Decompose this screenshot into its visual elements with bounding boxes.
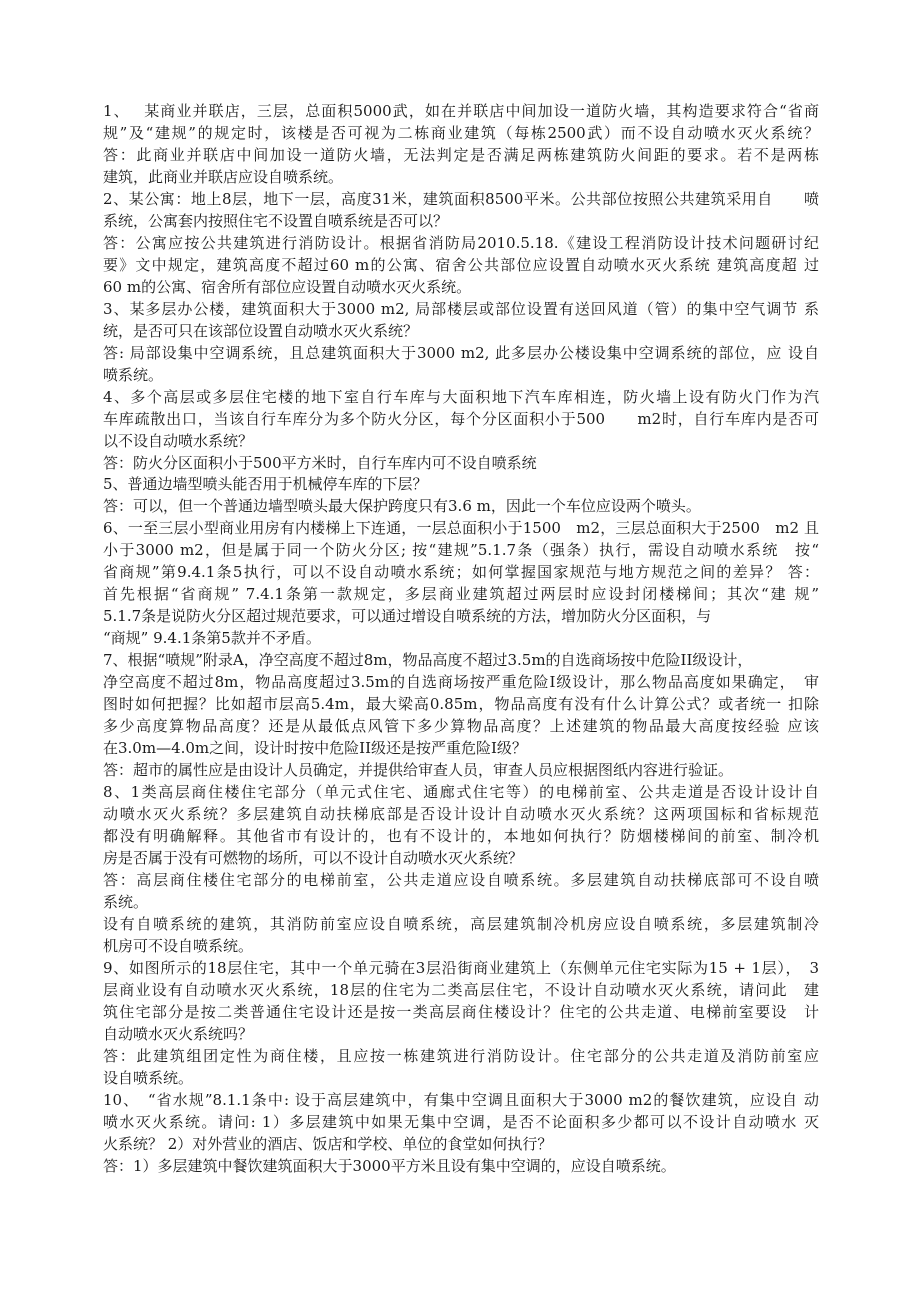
text-line: 答：1）多层建筑中餐饮建筑面积大于3000平方米且设有集中空调的，应设自喷系统。 [103,1156,819,1178]
text-line: 统，是否可只在该部位设置自动喷水灭火系统？ [103,321,819,343]
text-line: 要》文中规定，建筑高度不超过60 m的公寓、宿舍公共部位应设置自动喷水灭火系统 … [103,255,819,277]
text-line: 答：超市的属性应是由设计人员确定，并提供给审查人员，审查人员应根据图纸内容进行验… [103,760,819,782]
text-line: 答: 局部设集中空调系统，且总建筑面积大于3000 m2, 此多层办公楼设集中空… [103,343,819,365]
text-line: 机房可不设自喷系统。 [103,936,819,958]
text-line: 首先根据“省商规” 7.4.1条第一款规定，多层商业建筑超过两层时应设封闭楼梯间… [103,584,819,606]
text-line: 7、根据“喷规”附录A，净空高度不超过8m，物品高度不超过3.5m的自选商场按中… [103,650,819,672]
text-line: 设自喷系统。 [103,1068,819,1090]
text-line: 4、多个高层或多层住宅楼的地下室自行车库与大面积地下汽车库相连，防火墙上设有防火… [103,387,819,409]
text-line: 多少高度算物品高度？还是从最低点风管下多少算物品高度？上述建筑的物品最大高度按经… [103,716,819,738]
document-page: 1、 某商业并联店，三层，总面积5000武，如在并联店中间加设一道防火墙，其构造… [103,101,819,1177]
text-line: 8、1类高层商住楼住宅部分（单元式住宅、通廊式住宅等）的电梯前室、公共走道是否设… [103,782,819,804]
text-line: 答：此商业并联店中间加设一道防火墙，无法判定是否满足两栋建筑防火间距的要求。若不… [103,145,819,167]
text-line: 9、如图所示的18层住宅，其中一个单元骑在3层沿街商业建筑上（东侧单元住宅实际为… [103,958,819,980]
text-line: 建筑，此商业并联店应设自喷系统。 [103,167,819,189]
text-line: 系统。 [103,892,819,914]
text-line: 3、某多层办公楼，建筑面积大于3000 m2, 局部楼层或部位设置有送回风道（管… [103,299,819,321]
text-line: 60 m的公寓、宿舍所有部位应设置自动喷水灭火系统。 [103,277,819,299]
text-line: 房是否属于没有可燃物的场所，可以不设计自动喷水灭火系统？ [103,848,819,870]
text-line: 小于3000 m2，但是属于同一个防火分区; 按“建规”5.1.7条（强条）执行… [103,540,819,562]
text-line: 筑住宅部分是按二类普通住宅设计还是按一类高层商住楼设计？住宅的公共走道、电梯前室… [103,1002,819,1024]
text-line: “商规” 9.4.1条第5款并不矛盾。 [103,628,819,650]
text-line: 都没有明确解释。其他省市有设计的，也有不设计的，本地如何执行？防烟楼梯间的前室、… [103,826,819,848]
text-line: 动喷水灭火系统？多层建筑自动扶梯底部是否设计设计自动喷水灭火系统？这两项国标和省… [103,804,819,826]
text-line: 答：可以，但一个普通边墙型喷头最大保护跨度只有3.6 m，因此一个车位应设两个喷… [103,496,819,518]
text-line: 喷水灭火系统。请问: 1）多层建筑中如果无集中空调，是否不论面积多少都可以不设计… [103,1112,819,1134]
text-line: 1、 某商业并联店，三层，总面积5000武，如在并联店中间加设一道防火墙，其构造… [103,101,819,123]
text-line: 5、普通边墙型喷头能否用于机械停车库的下层？ [103,474,819,496]
text-line: 喷系统。 [103,365,819,387]
text-line: 自动喷水灭火系统吗？ [103,1024,819,1046]
text-line: 答：此建筑组团定性为商住楼，且应按一栋建筑进行消防设计。住宅部分的公共走道及消防… [103,1046,819,1068]
text-line: 6、一至三层小型商业用房有内楼梯上下连通，一层总面积小于1500 m2，三层总面… [103,518,819,540]
text-line: 10、 “省水规”8.1.1条中: 设于高层建筑中，有集中空调且面积大于3000… [103,1090,819,1112]
text-line: 系统，公寓套内按照住宅不设置自喷系统是否可以？ [103,211,819,233]
text-line: 层商业设有自动喷水灭火系统，18层的住宅为二类高层住宅，不设计自动喷水灭火系统，… [103,980,819,1002]
text-line: 5.1.7条是说防火分区超过规范要求，可以通过增设自喷系统的方法，增加防火分区面… [103,606,819,628]
text-line: 省商规”第9.4.1条5执行，可以不设自动喷水系统；如何掌握国家规范与地方规范之… [103,562,819,584]
text-line: 设有自喷系统的建筑，其消防前室应设自喷系统，高层建筑制冷机房应设自喷系统，多层建… [103,914,819,936]
text-line: 在3.0m—4.0m之间，设计时按中危险II级还是按严重危险I级？ [103,738,819,760]
text-line: 车库疏散出口，当该自行车库分为多个防火分区，每个分区面积小于500 m2时，自行… [103,409,819,431]
text-line: 图时如何把握？比如超市层高5.4m，最大梁高0.85m，物品高度有没有什么计算公… [103,694,819,716]
text-line: 以不设自动喷水系统？ [103,431,819,453]
text-line: 规”及“建规”的规定时，该楼是否可视为二栋商业建筑（每栋2500武）而不设自动喷… [103,123,819,145]
text-line: 净空高度不超过8m，物品高度超过3.5m的自选商场按严重危险I级设计，那么物品高… [103,672,819,694]
text-line: 答：高层商住楼住宅部分的电梯前室，公共走道应设自喷系统。多层建筑自动扶梯底部可不… [103,870,819,892]
text-line: 答：公寓应按公共建筑进行消防设计。根据省消防局2010.5.18.《建设工程消防… [103,233,819,255]
text-line: 2、某公寓：地上8层，地下一层，高度31米，建筑面积8500平米。公共部位按照公… [103,189,819,211]
text-line: 答：防火分区面积小于500平方米时，自行车库内可不设自喷系统 [103,453,819,475]
text-line: 火系统？ 2）对外营业的酒店、饭店和学校、单位的食堂如何执行？ [103,1134,819,1156]
